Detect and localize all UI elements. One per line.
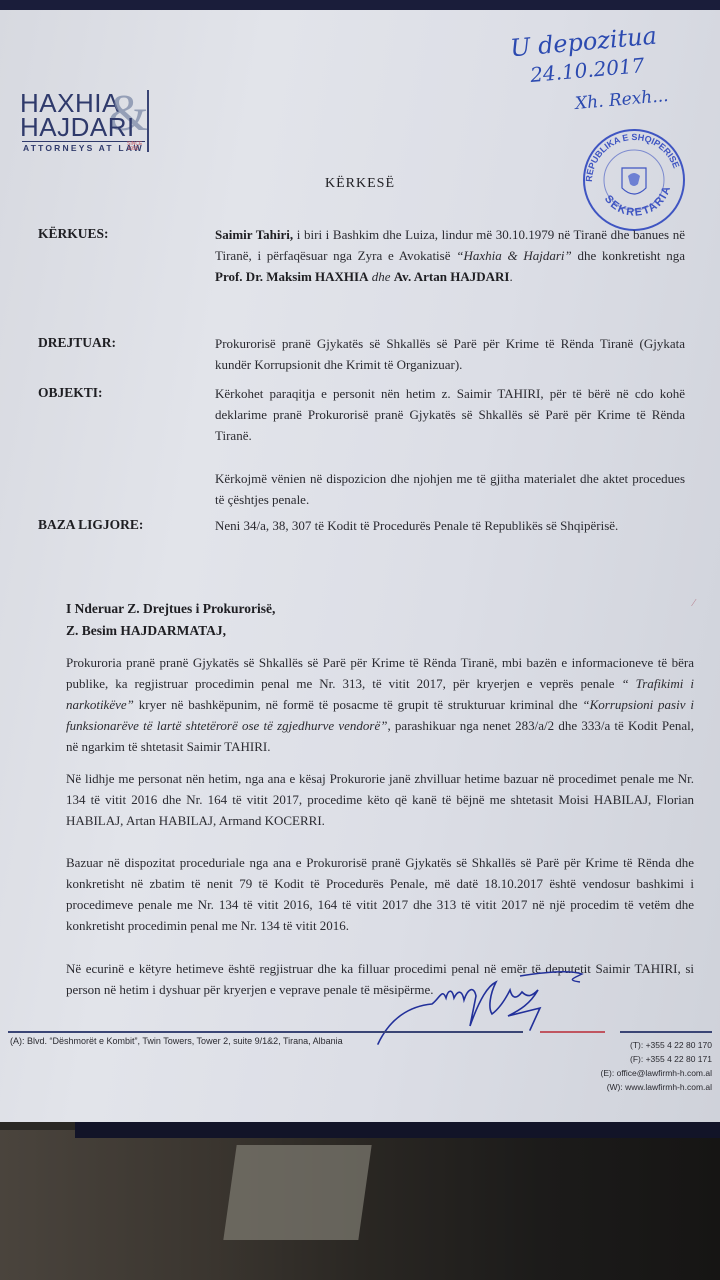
field-value-baza-ligjore: Neni 34/a, 38, 307 të Kodit të Procedurë… <box>215 515 685 536</box>
footer-contacts: (T): +355 4 22 80 170 (F): +355 4 22 80 … <box>601 1038 712 1094</box>
signature-icon <box>370 968 600 1048</box>
body-paragraph-3: Bazuar në dispozitat proceduriale nga an… <box>66 852 694 936</box>
logo-vertical-rule <box>147 90 149 152</box>
text-segment: Kërkohet paraqitja e personit nën hetim … <box>215 386 685 443</box>
field-label-baza-ligjore: BAZA LIGJORE: <box>38 517 143 533</box>
field-label-drejtuar: DREJTUAR: <box>38 335 116 351</box>
floor-light-patch <box>223 1145 371 1240</box>
text-segment: Kërkojmë vënien në dispozicion dhe njohj… <box>215 471 685 507</box>
text-segment: Prokurorisë pranë Gjykatës së Shkallës s… <box>215 336 685 372</box>
text-segment: Në lidhje me personat nën hetim, nga ana… <box>66 771 694 828</box>
logo-line2: HAJDARI <box>20 114 135 140</box>
text-segment: Av. Artan HAJDARI <box>394 269 510 284</box>
background-floor <box>0 1130 720 1280</box>
firm-logo: HAXHIA & HAJDARI ATTORNEYS AT LAW SINCE … <box>20 90 160 160</box>
field-value-kerkues: Saimir Tahiri, i biri i Bashkim dhe Luiz… <box>215 224 685 287</box>
text-segment: dhe <box>368 269 393 284</box>
field-value-objekti: Kërkohet paraqitja e personit nën hetim … <box>215 383 685 446</box>
footer-address: (A): Blvd. “Dëshmorët e Kombit”, Twin To… <box>10 1036 343 1046</box>
handwritten-note-initials: Xh. Rexh... <box>574 86 669 114</box>
document-title: KËRKESË <box>0 176 720 192</box>
text-segment: . <box>509 269 512 284</box>
document-page: HAXHIA & HAJDARI ATTORNEYS AT LAW SINCE … <box>0 10 720 1122</box>
footer-rule-blue <box>8 1031 523 1033</box>
salutation-line1: I Nderuar Z. Drejtues i Prokurorisë, <box>66 598 275 620</box>
logo-since: SINCE 1992 <box>127 142 139 152</box>
text-segment: Bazuar në dispozitat proceduriale nga an… <box>66 855 694 933</box>
logo-tagline: ATTORNEYS AT LAW <box>23 143 144 153</box>
text-segment: kryer në bashkëpunim, në formë të posacm… <box>134 697 583 712</box>
footer-email: (E): office@lawfirmh-h.com.al <box>601 1066 712 1080</box>
text-segment: “Haxhia & Hajdari” <box>456 248 572 263</box>
footer-rule-blue-right <box>620 1031 712 1033</box>
footer-website: (W): www.lawfirmh-h.com.al <box>601 1080 712 1094</box>
salutation: I Nderuar Z. Drejtues i Prokurorisë, Z. … <box>66 598 275 642</box>
text-segment: Prokuroria pranë pranë Gjykatës së Shkal… <box>66 655 694 691</box>
body-paragraph-2: Në lidhje me personat nën hetim, nga ana… <box>66 768 694 831</box>
background-bottom-edge <box>75 1122 720 1138</box>
body-paragraph-1: Prokuroria pranë pranë Gjykatës së Shkal… <box>66 652 694 757</box>
field-label-kerkues: KËRKUES: <box>38 226 109 242</box>
text-segment: Saimir Tahiri, <box>215 227 293 242</box>
footer-phone: (T): +355 4 22 80 170 <box>601 1038 712 1052</box>
field-value-objekti-request: Kërkojmë vënien në dispozicion dhe njohj… <box>215 468 685 510</box>
text-segment: Prof. Dr. Maksim HAXHIA <box>215 269 368 284</box>
pen-mark: ⁄ <box>693 598 695 609</box>
salutation-line2: Z. Besim HAJDARMATAJ, <box>66 620 275 642</box>
footer-rule-red <box>540 1031 605 1033</box>
text-segment: dhe konkretisht nga <box>572 248 685 263</box>
field-label-objekti: OBJEKTI: <box>38 385 103 401</box>
text-segment: Neni 34/a, 38, 307 të Kodit të Procedurë… <box>215 518 618 533</box>
field-value-drejtuar: Prokurorisë pranë Gjykatës së Shkallës s… <box>215 333 685 375</box>
footer-fax: (F): +355 4 22 80 171 <box>601 1052 712 1066</box>
